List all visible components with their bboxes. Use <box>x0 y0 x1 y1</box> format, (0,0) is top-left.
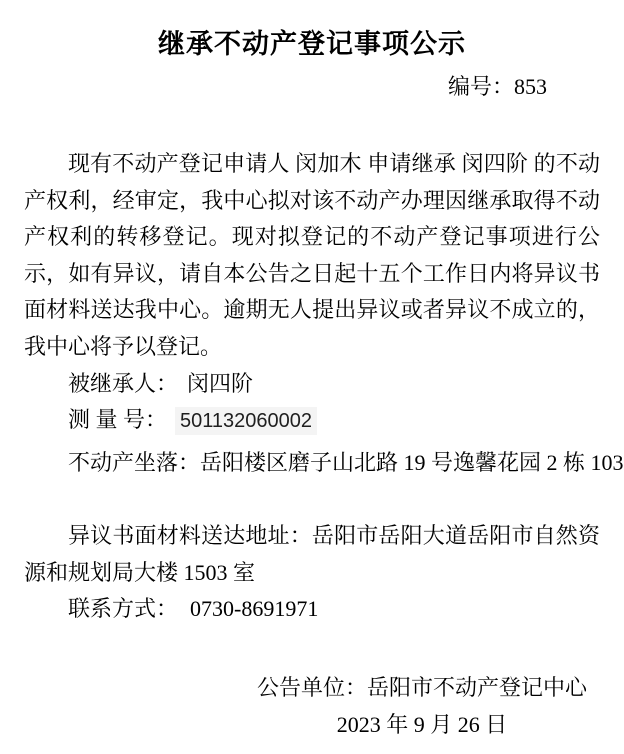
document-number-label: 编号： <box>448 74 514 99</box>
survey-number-label: 测 量 号： <box>68 407 167 432</box>
decedent-value: 闵四阶 <box>187 371 253 396</box>
notice-date: 2023 年 9 月 26 日 <box>257 706 587 743</box>
property-location-value: 岳阳楼区磨子山北路 19 号逸馨花园 2 栋 103 <box>200 450 624 475</box>
objection-address-label: 异议书面材料送达地址： <box>68 523 312 548</box>
issuer-label: 公告单位： <box>257 675 367 700</box>
contact-label: 联系方式： <box>68 596 178 621</box>
signature-block: 公告单位：岳阳市不动产登记中心 2023 年 9 月 26 日 <box>257 669 587 743</box>
survey-number-field: 测 量 号：501132060002 <box>24 402 600 439</box>
notice-document: 继承不动产登记事项公示 编号：853 现有不动产登记申请人 闵加木 申请继承 闵… <box>0 0 624 754</box>
contact-value: 0730-8691971 <box>190 596 318 621</box>
property-location-field: 不动产坐落：岳阳楼区磨子山北路 19 号逸馨花园 2 栋 103 <box>24 445 600 482</box>
document-number-value: 853 <box>514 74 547 99</box>
notice-body-paragraph: 现有不动产登记申请人 闵加木 申请继承 闵四阶 的不动产权利，经审定，我中心拟对… <box>24 146 600 366</box>
decedent-label: 被继承人： <box>68 371 178 396</box>
property-location-label: 不动产坐落： <box>68 450 200 475</box>
document-title: 继承不动产登记事项公示 <box>24 24 600 64</box>
document-number-line: 编号：853 <box>24 68 600 105</box>
objection-address-field: 异议书面材料送达地址：岳阳市岳阳大道岳阳市自然资源和规划局大楼 1503 室 <box>24 518 600 591</box>
blank-line <box>24 481 600 518</box>
decedent-field: 被继承人：闵四阶 <box>24 366 600 403</box>
issuer-line: 公告单位：岳阳市不动产登记中心 <box>257 669 587 706</box>
contact-field: 联系方式：0730-8691971 <box>24 591 600 628</box>
issuer-value: 岳阳市不动产登记中心 <box>367 675 587 700</box>
survey-number-value: 501132060002 <box>175 407 317 435</box>
